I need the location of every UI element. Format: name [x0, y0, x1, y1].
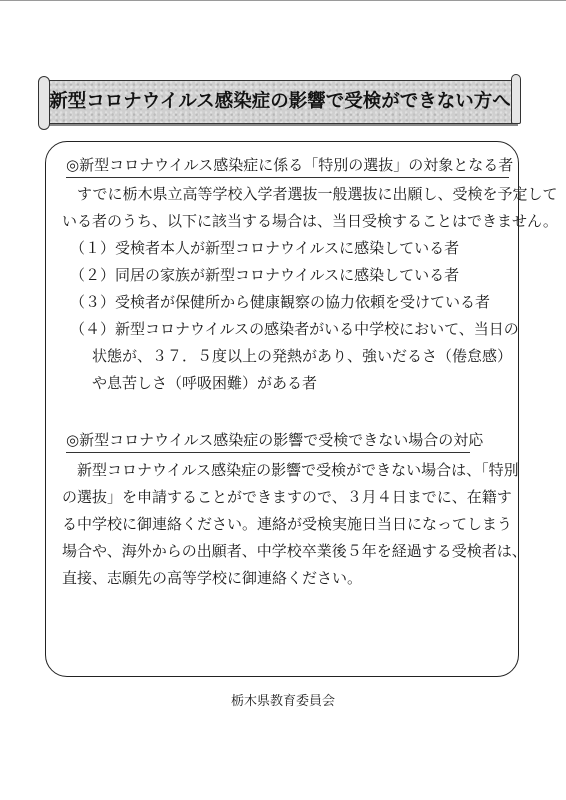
page-top-edge — [0, 0, 566, 1]
section2-body-line: の選抜」を申請することができますので、３月４日までに、在籍す — [62, 487, 512, 507]
list-item-4: （４）新型コロナウイルスの感染者がいる中学校において、当日の — [70, 319, 519, 339]
section2-body-line: る中学校に御連絡ください。連絡が受検実施日当日になってしまう — [62, 514, 512, 534]
page-title: 新型コロナウイルス感染症の影響で受検ができない方へ — [44, 80, 516, 124]
issuer-footer: 栃木県教育委員会 — [0, 690, 566, 709]
list-item-1: （１）受検者本人が新型コロナウイルスに感染している者 — [70, 238, 459, 258]
section2-body-line: 新型コロナウイルス感染症の影響で受検ができない場合は、「特別 — [62, 460, 519, 480]
section-heading-response-when-unable: ◎新型コロナウイルス感染症の影響で受検できない場合の対応 — [66, 430, 470, 453]
section2-body-line: 直接、志願先の高等学校に御連絡ください。 — [62, 568, 362, 588]
section1-intro-line: いる者のうち、以下に該当する場合は、当日受検することはできません。 — [62, 211, 558, 231]
section2-body-line: 場合や、海外からの出願者、中学校卒業後５年を経過する受検者は、 — [62, 541, 527, 561]
list-item-4-continuation: や息苦しさ（呼吸困難）がある者 — [92, 373, 317, 393]
list-item-3: （３）受検者が保健所から健康観察の協力依頼を受けている者 — [70, 292, 490, 312]
list-item-4-continuation: 状態が、３７．５度以上の発熱があり、強いだるさ（倦怠感） — [92, 346, 512, 366]
section-heading-special-selection-eligibility: ◎新型コロナウイルス感染症に係る「特別の選抜」の対象となる者 — [66, 155, 509, 178]
list-item-2: （２）同居の家族が新型コロナウイルスに感染している者 — [70, 265, 459, 285]
section1-intro-line: すでに栃木県立高等学校入学者選抜一般選抜に出願し、受検を予定して — [62, 184, 557, 204]
